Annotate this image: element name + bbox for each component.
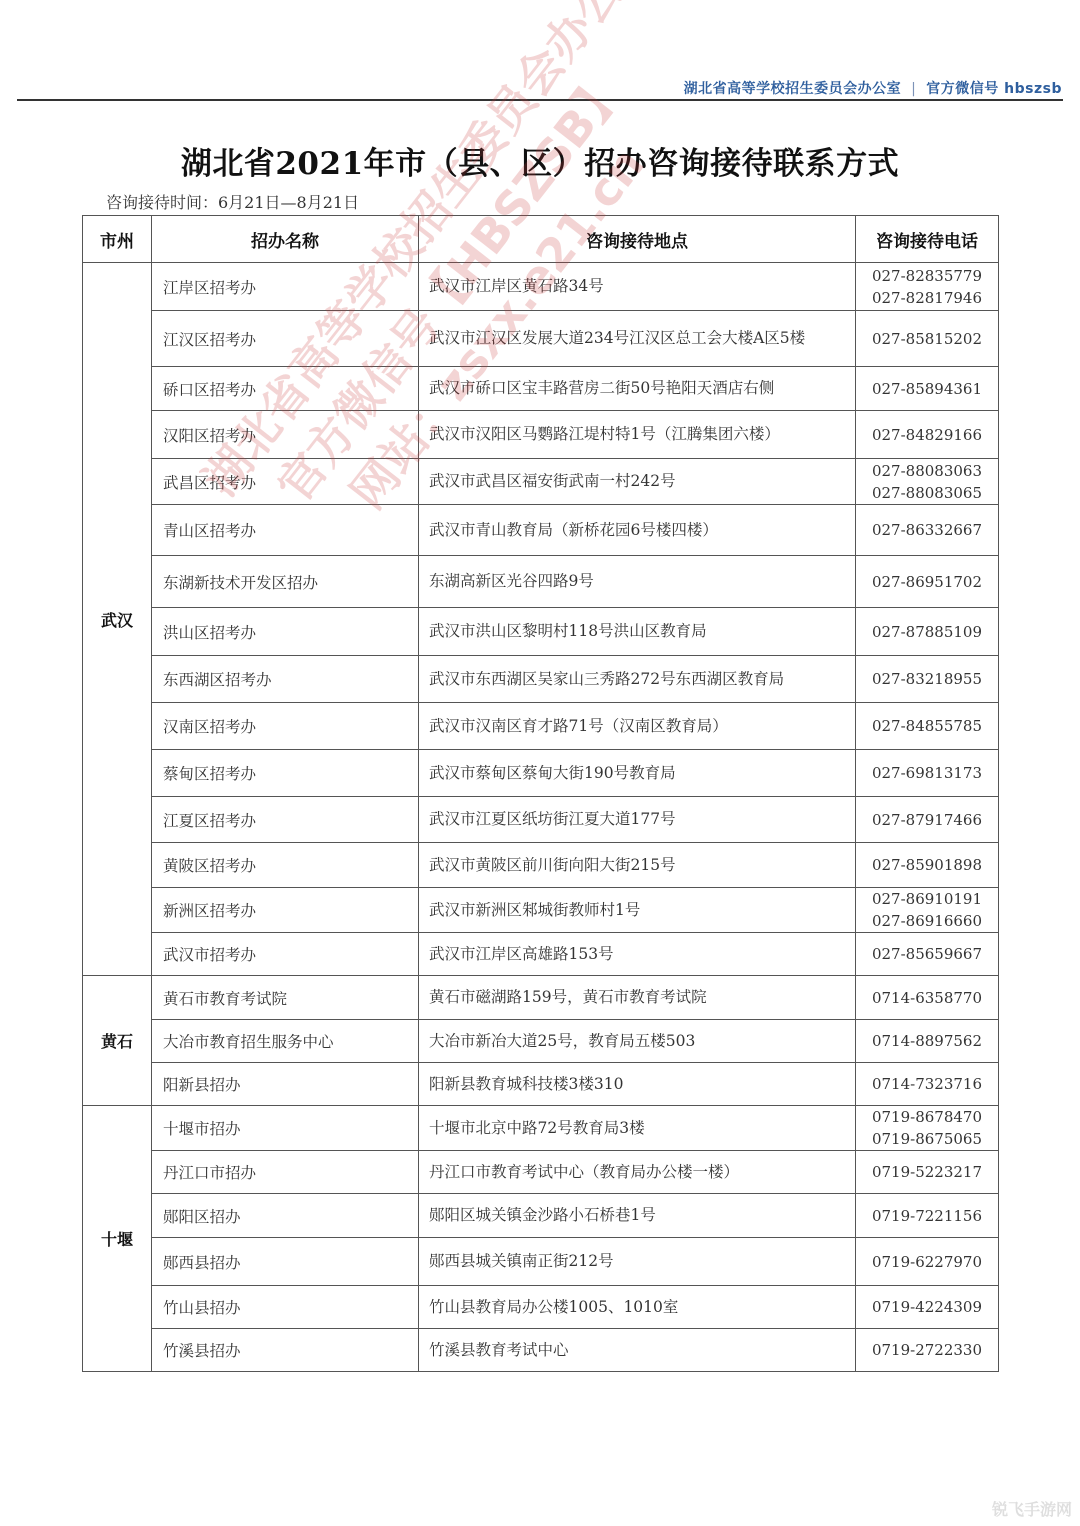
- table-row: 武昌区招考办武汉市武昌区福安街武南一村242号027-88083063027-8…: [83, 459, 999, 505]
- phone-cell: 027-87917466: [856, 797, 999, 843]
- office-name-cell: 武汉市招考办: [152, 933, 419, 976]
- table-row: 武汉市招考办武汉市江岸区高雄路153号027-85659667: [83, 933, 999, 976]
- phone-number: 0719-5223217: [856, 1161, 998, 1183]
- address-cell: 武汉市江汉区发展大道234号江汉区总工会大楼A区5楼: [419, 311, 856, 367]
- office-name-cell: 青山区招考办: [152, 505, 419, 556]
- office-name-cell: 洪山区招考办: [152, 608, 419, 656]
- address-cell: 武汉市江岸区高雄路153号: [419, 933, 856, 976]
- col-office-name: 招办名称: [152, 216, 419, 263]
- phone-number: 027-85815202: [856, 328, 998, 350]
- table-row: 郧阳区招办郧阳区城关镇金沙路小石桥巷1号0719-7221156: [83, 1194, 999, 1238]
- phone-cell: 0719-4224309: [856, 1286, 999, 1329]
- phone-number: 027-86951702: [856, 571, 998, 593]
- table-row: 郧西县招办郧西县城关镇南正街212号0719-6227970: [83, 1238, 999, 1286]
- col-phone: 咨询接待电话: [856, 216, 999, 263]
- phone-number: 0719-8675065: [856, 1128, 998, 1150]
- table-row: 江夏区招考办武汉市江夏区纸坊街江夏大道177号027-87917466: [83, 797, 999, 843]
- table-row: 竹溪县招办竹溪县教育考试中心0719-2722330: [83, 1329, 999, 1372]
- phone-cell: 0719-5223217: [856, 1151, 999, 1194]
- wechat-account: 官方微信号 hbszsb: [926, 81, 1062, 97]
- phone-number: 0719-7221156: [856, 1205, 998, 1227]
- address-cell: 武汉市江夏区纸坊街江夏大道177号: [419, 797, 856, 843]
- phone-cell: 0719-86784700719-8675065: [856, 1106, 999, 1151]
- col-address: 咨询接待地点: [419, 216, 856, 263]
- org-name: 湖北省高等学校招生委员会办公室: [684, 81, 902, 97]
- phone-number: 027-86916660: [856, 910, 998, 932]
- consultation-period: 咨询接待时间：6月21日—8月21日: [106, 190, 359, 213]
- phone-cell: 027-86910191027-86916660: [856, 888, 999, 933]
- address-cell: 武汉市汉阳区马鹦路江堤村特1号（江腾集团六楼）: [419, 411, 856, 459]
- phone-number: 027-86332667: [856, 519, 998, 541]
- phone-number: 0719-6227970: [856, 1251, 998, 1273]
- phone-cell: 027-84855785: [856, 703, 999, 750]
- table-row: 东湖新技术开发区招办东湖高新区光谷四路9号027-86951702: [83, 556, 999, 608]
- address-cell: 武汉市青山教育局（新桥花园6号楼四楼）: [419, 505, 856, 556]
- office-name-cell: 竹溪县招办: [152, 1329, 419, 1372]
- phone-number: 0714-8897562: [856, 1030, 998, 1052]
- phone-number: 027-84855785: [856, 715, 998, 737]
- table-row: 汉南区招考办武汉市汉南区育才路71号（汉南区教育局）027-84855785: [83, 703, 999, 750]
- phone-cell: 027-84829166: [856, 411, 999, 459]
- table-row: 汉阳区招考办武汉市汉阳区马鹦路江堤村特1号（江腾集团六楼）027-8482916…: [83, 411, 999, 459]
- address-cell: 武汉市蔡甸区蔡甸大街190号教育局: [419, 750, 856, 797]
- table-row: 洪山区招考办武汉市洪山区黎明村118号洪山区教育局027-87885109: [83, 608, 999, 656]
- address-cell: 黄石市磁湖路159号，黄石市教育考试院: [419, 976, 856, 1020]
- table-row: 竹山县招办竹山县教育局办公楼1005、1010室0719-4224309: [83, 1286, 999, 1329]
- phone-cell: 0719-2722330: [856, 1329, 999, 1372]
- phone-number: 027-85659667: [856, 943, 998, 965]
- phone-number: 027-84829166: [856, 424, 998, 446]
- page-title: 湖北省2021年市（县、区）招办咨询接待联系方式: [0, 138, 1080, 183]
- phone-number: 027-85901898: [856, 854, 998, 876]
- phone-cell: 027-85901898: [856, 843, 999, 888]
- phone-cell: 0714-7323716: [856, 1063, 999, 1106]
- address-cell: 武汉市汉南区育才路71号（汉南区教育局）: [419, 703, 856, 750]
- table-row: 新洲区招考办武汉市新洲区邾城街教师村1号027-86910191027-8691…: [83, 888, 999, 933]
- phone-number: 027-69813173: [856, 762, 998, 784]
- phone-cell: 027-85659667: [856, 933, 999, 976]
- office-name-cell: 新洲区招考办: [152, 888, 419, 933]
- corner-watermark: 锐飞手游网: [992, 1497, 1072, 1520]
- phone-number: 027-83218955: [856, 668, 998, 690]
- city-cell: 黄石: [83, 976, 152, 1106]
- office-name-cell: 东西湖区招考办: [152, 656, 419, 703]
- address-cell: 武汉市江岸区黄石路34号: [419, 263, 856, 311]
- table-row: 武汉江岸区招考办武汉市江岸区黄石路34号027-82835779027-8281…: [83, 263, 999, 311]
- phone-cell: 027-85894361: [856, 367, 999, 411]
- phone-cell: 0714-8897562: [856, 1020, 999, 1063]
- phone-cell: 027-83218955: [856, 656, 999, 703]
- address-cell: 大冶市新冶大道25号，教育局五楼503: [419, 1020, 856, 1063]
- header-separator: |: [911, 81, 916, 97]
- address-cell: 郧阳区城关镇金沙路小石桥巷1号: [419, 1194, 856, 1238]
- office-name-cell: 江岸区招考办: [152, 263, 419, 311]
- address-cell: 竹山县教育局办公楼1005、1010室: [419, 1286, 856, 1329]
- phone-number: 027-87917466: [856, 809, 998, 831]
- office-name-cell: 汉阳区招考办: [152, 411, 419, 459]
- phone-cell: 027-87885109: [856, 608, 999, 656]
- contact-table: 市州 招办名称 咨询接待地点 咨询接待电话 武汉江岸区招考办武汉市江岸区黄石路3…: [82, 215, 999, 1372]
- header-rule: [17, 99, 1063, 101]
- table-row: 黄石黄石市教育考试院黄石市磁湖路159号，黄石市教育考试院0714-635877…: [83, 976, 999, 1020]
- phone-cell: 027-86332667: [856, 505, 999, 556]
- table-row: 青山区招考办武汉市青山教育局（新桥花园6号楼四楼）027-86332667: [83, 505, 999, 556]
- phone-cell: 027-85815202: [856, 311, 999, 367]
- office-name-cell: 郧西县招办: [152, 1238, 419, 1286]
- table-row: 硚口区招考办武汉市硚口区宝丰路营房二街50号艳阳天酒店右侧027-8589436…: [83, 367, 999, 411]
- phone-cell: 0719-7221156: [856, 1194, 999, 1238]
- office-name-cell: 硚口区招考办: [152, 367, 419, 411]
- phone-number: 0714-7323716: [856, 1073, 998, 1095]
- address-cell: 十堰市北京中路72号教育局3楼: [419, 1106, 856, 1151]
- office-name-cell: 武昌区招考办: [152, 459, 419, 505]
- office-name-cell: 黄陂区招考办: [152, 843, 419, 888]
- address-cell: 阳新县教育城科技楼3楼310: [419, 1063, 856, 1106]
- address-cell: 武汉市新洲区邾城街教师村1号: [419, 888, 856, 933]
- address-cell: 武汉市黄陂区前川街向阳大街215号: [419, 843, 856, 888]
- header-org-info: 湖北省高等学校招生委员会办公室|官方微信号 hbszsb: [684, 78, 1062, 98]
- phone-number: 027-88083065: [856, 482, 998, 504]
- address-cell: 武汉市东西湖区吴家山三秀路272号东西湖区教育局: [419, 656, 856, 703]
- address-cell: 武汉市武昌区福安街武南一村242号: [419, 459, 856, 505]
- address-cell: 郧西县城关镇南正街212号: [419, 1238, 856, 1286]
- table-row: 东西湖区招考办武汉市东西湖区吴家山三秀路272号东西湖区教育局027-83218…: [83, 656, 999, 703]
- phone-number: 0719-4224309: [856, 1296, 998, 1318]
- phone-number: 0719-8678470: [856, 1106, 998, 1128]
- phone-cell: 027-69813173: [856, 750, 999, 797]
- table-row: 江汉区招考办武汉市江汉区发展大道234号江汉区总工会大楼A区5楼027-8581…: [83, 311, 999, 367]
- table-row: 黄陂区招考办武汉市黄陂区前川街向阳大街215号027-85901898: [83, 843, 999, 888]
- phone-cell: 027-88083063027-88083065: [856, 459, 999, 505]
- office-name-cell: 丹江口市招办: [152, 1151, 419, 1194]
- phone-number: 027-82817946: [856, 287, 998, 309]
- address-cell: 武汉市洪山区黎明村118号洪山区教育局: [419, 608, 856, 656]
- phone-number: 027-85894361: [856, 378, 998, 400]
- phone-number: 0719-2722330: [856, 1339, 998, 1361]
- city-cell: 武汉: [83, 263, 152, 976]
- office-name-cell: 黄石市教育考试院: [152, 976, 419, 1020]
- table-body: 武汉江岸区招考办武汉市江岸区黄石路34号027-82835779027-8281…: [83, 263, 999, 1372]
- office-name-cell: 东湖新技术开发区招办: [152, 556, 419, 608]
- office-name-cell: 阳新县招办: [152, 1063, 419, 1106]
- address-cell: 武汉市硚口区宝丰路营房二街50号艳阳天酒店右侧: [419, 367, 856, 411]
- phone-cell: 027-86951702: [856, 556, 999, 608]
- city-cell: 十堰: [83, 1106, 152, 1372]
- office-name-cell: 十堰市招办: [152, 1106, 419, 1151]
- office-name-cell: 汉南区招考办: [152, 703, 419, 750]
- address-cell: 竹溪县教育考试中心: [419, 1329, 856, 1372]
- office-name-cell: 江夏区招考办: [152, 797, 419, 843]
- table-header-row: 市州 招办名称 咨询接待地点 咨询接待电话: [83, 216, 999, 263]
- address-cell: 丹江口市教育考试中心（教育局办公楼一楼）: [419, 1151, 856, 1194]
- office-name-cell: 大冶市教育招生服务中心: [152, 1020, 419, 1063]
- table-row: 阳新县招办阳新县教育城科技楼3楼3100714-7323716: [83, 1063, 999, 1106]
- table-row: 大冶市教育招生服务中心大冶市新冶大道25号，教育局五楼5030714-88975…: [83, 1020, 999, 1063]
- office-name-cell: 江汉区招考办: [152, 311, 419, 367]
- phone-cell: 0719-6227970: [856, 1238, 999, 1286]
- phone-number: 027-82835779: [856, 265, 998, 287]
- phone-cell: 027-82835779027-82817946: [856, 263, 999, 311]
- office-name-cell: 郧阳区招办: [152, 1194, 419, 1238]
- phone-number: 027-86910191: [856, 888, 998, 910]
- office-name-cell: 蔡甸区招考办: [152, 750, 419, 797]
- table-row: 蔡甸区招考办武汉市蔡甸区蔡甸大街190号教育局027-69813173: [83, 750, 999, 797]
- phone-number: 027-88083063: [856, 460, 998, 482]
- table-row: 十堰十堰市招办十堰市北京中路72号教育局3楼0719-86784700719-8…: [83, 1106, 999, 1151]
- phone-cell: 0714-6358770: [856, 976, 999, 1020]
- phone-number: 0714-6358770: [856, 987, 998, 1009]
- col-city: 市州: [83, 216, 152, 263]
- office-name-cell: 竹山县招办: [152, 1286, 419, 1329]
- phone-number: 027-87885109: [856, 621, 998, 643]
- address-cell: 东湖高新区光谷四路9号: [419, 556, 856, 608]
- table-row: 丹江口市招办丹江口市教育考试中心（教育局办公楼一楼）0719-5223217: [83, 1151, 999, 1194]
